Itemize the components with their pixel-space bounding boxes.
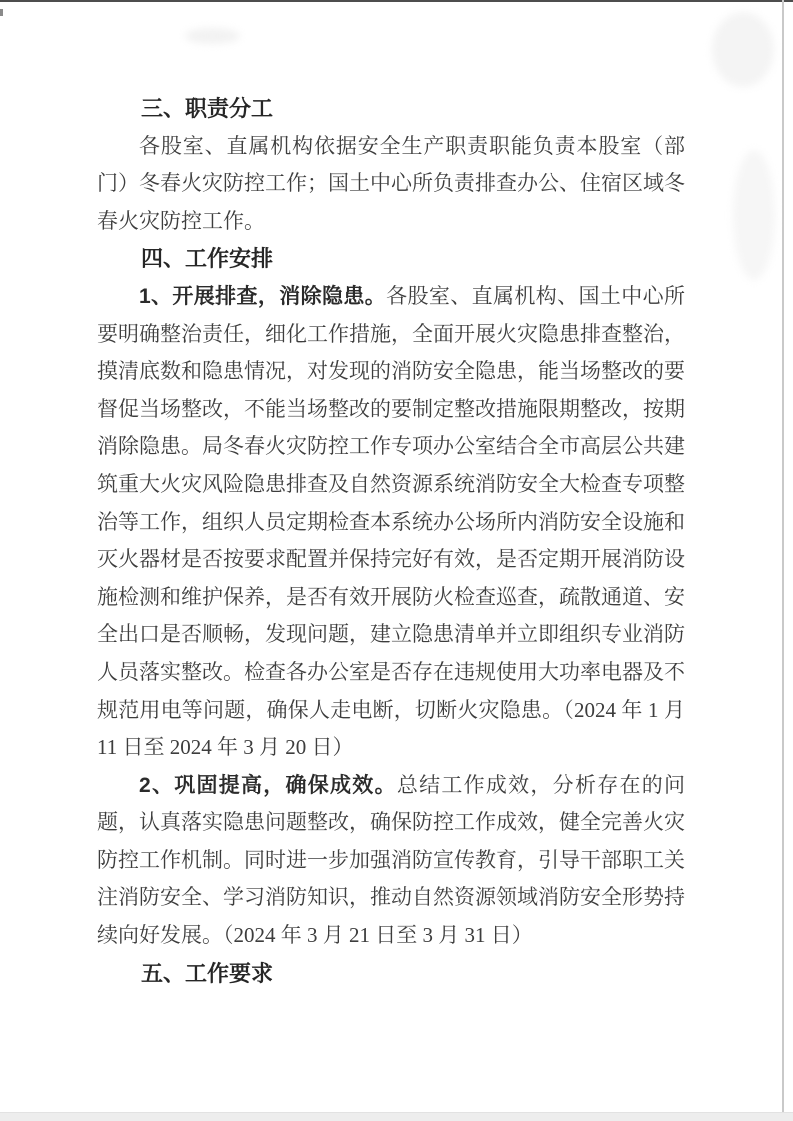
- document-body: 三、职责分工各股室、直属机构依据安全生产职责职能负责本股室（部门）冬春火灾防控工…: [97, 90, 685, 992]
- scanned-document-page: 三、职责分工各股室、直属机构依据安全生产职责职能负责本股室（部门）冬春火灾防控工…: [0, 0, 793, 1121]
- scan-smudge: [185, 28, 240, 44]
- paragraph-lead: 2、巩固提高，确保成效。: [139, 774, 397, 797]
- section-heading: 三、职责分工: [97, 90, 685, 128]
- scan-bottom-band: [0, 1112, 793, 1121]
- body-paragraph: 1、开展排查，消除隐患。各股室、直属机构、国土中心所要明确整治责任，细化工作措施…: [97, 278, 685, 767]
- section-heading: 四、工作安排: [97, 240, 685, 278]
- scan-top-edge: [0, 0, 793, 2]
- scan-right-edge: [782, 0, 784, 1121]
- body-paragraph: 各股室、直属机构依据安全生产职责职能负责本股室（部门）冬春火灾防控工作；国土中心…: [97, 128, 685, 241]
- scan-smudge: [712, 12, 774, 87]
- body-paragraph: 2、巩固提高，确保成效。总结工作成效，分析存在的问题，认真落实隐患问题整改，确保…: [97, 767, 685, 955]
- scan-smudge: [733, 150, 775, 280]
- paragraph-lead: 1、开展排查，消除隐患。: [139, 285, 386, 308]
- section-heading: 五、工作要求: [97, 955, 685, 993]
- scan-left-edge-mark: [0, 9, 3, 16]
